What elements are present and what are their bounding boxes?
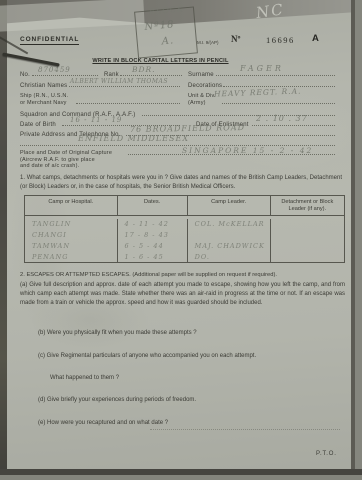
camp-cell: TANGLIN bbox=[25, 219, 118, 230]
question-2b-text: (b) Were you physically fit when you mad… bbox=[38, 329, 338, 338]
serial-no-label: Nº bbox=[231, 34, 240, 44]
question-2e-text: (e) How were you recaptured and on what … bbox=[38, 419, 338, 428]
unit-div-label-line1: Unit & Div. bbox=[188, 93, 216, 99]
stamp-number-text: Nº18 bbox=[144, 19, 175, 33]
no-field-label: No. bbox=[20, 72, 30, 78]
confidential-marking: CONFIDENTIAL bbox=[20, 36, 79, 45]
camp-cell: TAMWAN bbox=[25, 241, 118, 252]
detachment-cell bbox=[271, 252, 344, 263]
camp-cell: PENANG bbox=[25, 252, 118, 263]
dates-cell: 1 - 6 - 45 bbox=[118, 252, 188, 263]
rank-field-value: BDR. bbox=[132, 65, 156, 74]
dates-cell: 17 - 8 - 43 bbox=[118, 230, 188, 241]
col-header-camp: Camp or Hospital. bbox=[25, 196, 118, 215]
ship-line bbox=[76, 95, 180, 104]
capture-label-line3: and date of a/c crash). bbox=[20, 163, 79, 169]
question-2c-text: (c) Give Regimental particulars of anyon… bbox=[38, 352, 338, 361]
camps-table: Camp or Hospital. Dates. Camp Leader. De… bbox=[24, 195, 345, 263]
date-of-birth-label: Date of Birth bbox=[20, 122, 56, 128]
stamp-letter-text: A. bbox=[161, 35, 174, 47]
block-stamp: BLOCK Nº18 A. bbox=[134, 6, 198, 58]
surname-field-value: FAGER bbox=[240, 64, 284, 73]
decorations-label: Decorations bbox=[188, 83, 222, 89]
camps-table-header-row: Camp or Hospital. Dates. Camp Leader. De… bbox=[25, 196, 344, 216]
surname-field-label: Surname bbox=[188, 72, 214, 78]
col-header-detachment: Detachment or Block Leader (if any). bbox=[271, 196, 344, 215]
scanned-document: CONFIDENTIAL M.I. 9/(AP) Nº 16696 A WRIT… bbox=[0, 0, 362, 480]
question-2-heading: 2. ESCAPES OR ATTEMPTED ESCAPES. (Additi… bbox=[20, 271, 345, 280]
capture-label-line2: (Aircrew R.A.F. to give place bbox=[20, 157, 95, 163]
capture-value: SINGAPORE 15 - 2 - 42 bbox=[182, 146, 313, 155]
question-2c2-text: What happened to them ? bbox=[50, 374, 330, 383]
page-turn-over-note: P.T.O. bbox=[316, 451, 337, 457]
dates-cell: 6 - 5 - 44 bbox=[118, 241, 188, 252]
enlistment-value: 2 . 10 . 37 bbox=[256, 114, 308, 123]
date-of-birth-value: 16 - 11 - 19 bbox=[70, 116, 122, 124]
series-letter: A bbox=[312, 33, 319, 44]
detachment-cell bbox=[271, 230, 344, 241]
dates-cell: 4 - 11 - 42 bbox=[118, 219, 188, 230]
capture-label-line1: Place and Date of Original Capture bbox=[20, 150, 112, 156]
table-row: TANGLIN 4 - 11 - 42 COL. McKELLAR bbox=[25, 216, 344, 230]
camp-cell: CHANGI bbox=[25, 230, 118, 241]
form-title: WRITE IN BLOCK CAPITAL LETTERS IN PENCIL bbox=[88, 58, 233, 64]
serial-number: 16696 bbox=[266, 35, 295, 45]
question-1-text: 1. What camps, detachments or hospitals … bbox=[20, 174, 342, 192]
leader-cell: COL. McKELLAR bbox=[188, 219, 271, 230]
col-header-leader: Camp Leader. bbox=[188, 196, 271, 215]
form-reference: M.I. 9/(AP) bbox=[197, 40, 219, 45]
table-row: TAMWAN 6 - 5 - 44 MAJ. CHADWICK bbox=[25, 241, 344, 252]
question-2d-text: (d) Give briefly your experiences during… bbox=[38, 396, 338, 405]
detachment-cell bbox=[271, 241, 344, 252]
no-field-value: 870459 bbox=[38, 66, 71, 74]
christian-names-value: ALBERT WILLIAM THOMAS bbox=[70, 78, 168, 85]
decorations-line bbox=[223, 78, 335, 87]
unit-div-label-line2: (Army) bbox=[188, 100, 206, 106]
detachment-cell bbox=[271, 219, 344, 230]
table-row: PENANG 1 - 6 - 45 DO. bbox=[25, 252, 344, 263]
ship-label-line1: Ship (R.N., U.S.N. bbox=[20, 93, 68, 99]
ship-label-line2: or Merchant Navy bbox=[20, 100, 67, 106]
leader-cell bbox=[188, 230, 271, 241]
stamp-block-text: BLOCK bbox=[149, 4, 185, 16]
table-row: CHANGI 17 - 8 - 43 bbox=[25, 230, 344, 241]
christian-names-label: Christian Names bbox=[20, 83, 67, 89]
leader-cell: DO. bbox=[188, 252, 271, 263]
camps-table-body: TANGLIN 4 - 11 - 42 COL. McKELLAR CHANGI… bbox=[25, 216, 344, 262]
question-2a-text: (a) Give full description and approx. da… bbox=[20, 281, 345, 308]
leader-cell: MAJ. CHADWICK bbox=[188, 241, 271, 252]
address-value-line2: ENFIELD MIDDLESEX bbox=[78, 134, 189, 143]
col-header-dates: Dates. bbox=[118, 196, 188, 215]
